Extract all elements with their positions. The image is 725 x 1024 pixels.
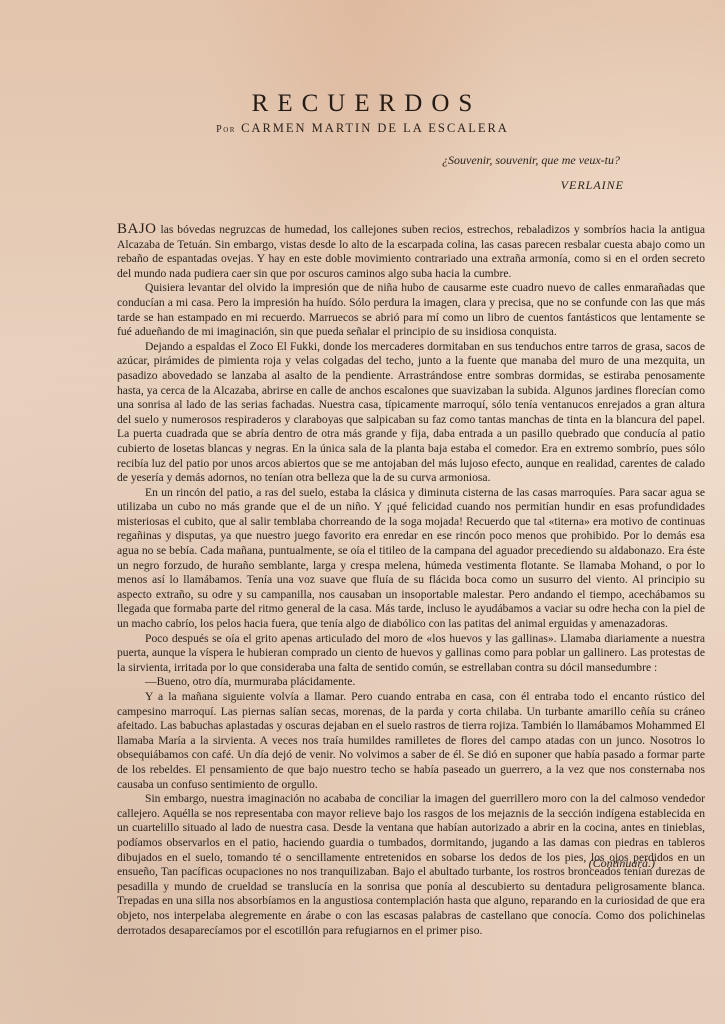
byline-prefix: Por xyxy=(216,124,236,135)
paragraph: Poco después se oía el grito apenas arti… xyxy=(117,632,705,676)
article-title: RECUERDOS xyxy=(0,90,725,118)
byline: Por CARMEN MARTIN DE LA ESCALERA xyxy=(0,121,725,136)
paragraph: Y a la mañana siguiente volvía a llamar.… xyxy=(117,690,705,792)
article-body: BAJO las bóvedas negruzcas de humedad, l… xyxy=(117,222,705,938)
paragraph: Quisiera levantar del olvido la impresió… xyxy=(117,281,705,339)
epigraph-attribution: VERLAINE xyxy=(442,178,624,193)
author-name: CARMEN MARTIN DE LA ESCALERA xyxy=(241,121,509,135)
epigraph: ¿Souvenir, souvenir, que me veux-tu? VER… xyxy=(442,153,620,193)
paragraph: Dejando a espaldas el Zoco El Fukki, don… xyxy=(117,340,705,486)
dialogue-line: —Bueno, otro día, murmuraba plácidamente… xyxy=(117,675,705,690)
drop-cap: BAJO xyxy=(117,221,157,237)
paragraph: BAJO las bóvedas negruzcas de humedad, l… xyxy=(117,222,705,281)
epigraph-quote: ¿Souvenir, souvenir, que me veux-tu? xyxy=(442,153,620,167)
continuation-note: (Continuará.) xyxy=(589,856,655,871)
paragraph: En un rincón del patio, a ras del suelo,… xyxy=(117,486,705,632)
magazine-page: RECUERDOS Por CARMEN MARTIN DE LA ESCALE… xyxy=(0,0,725,1024)
